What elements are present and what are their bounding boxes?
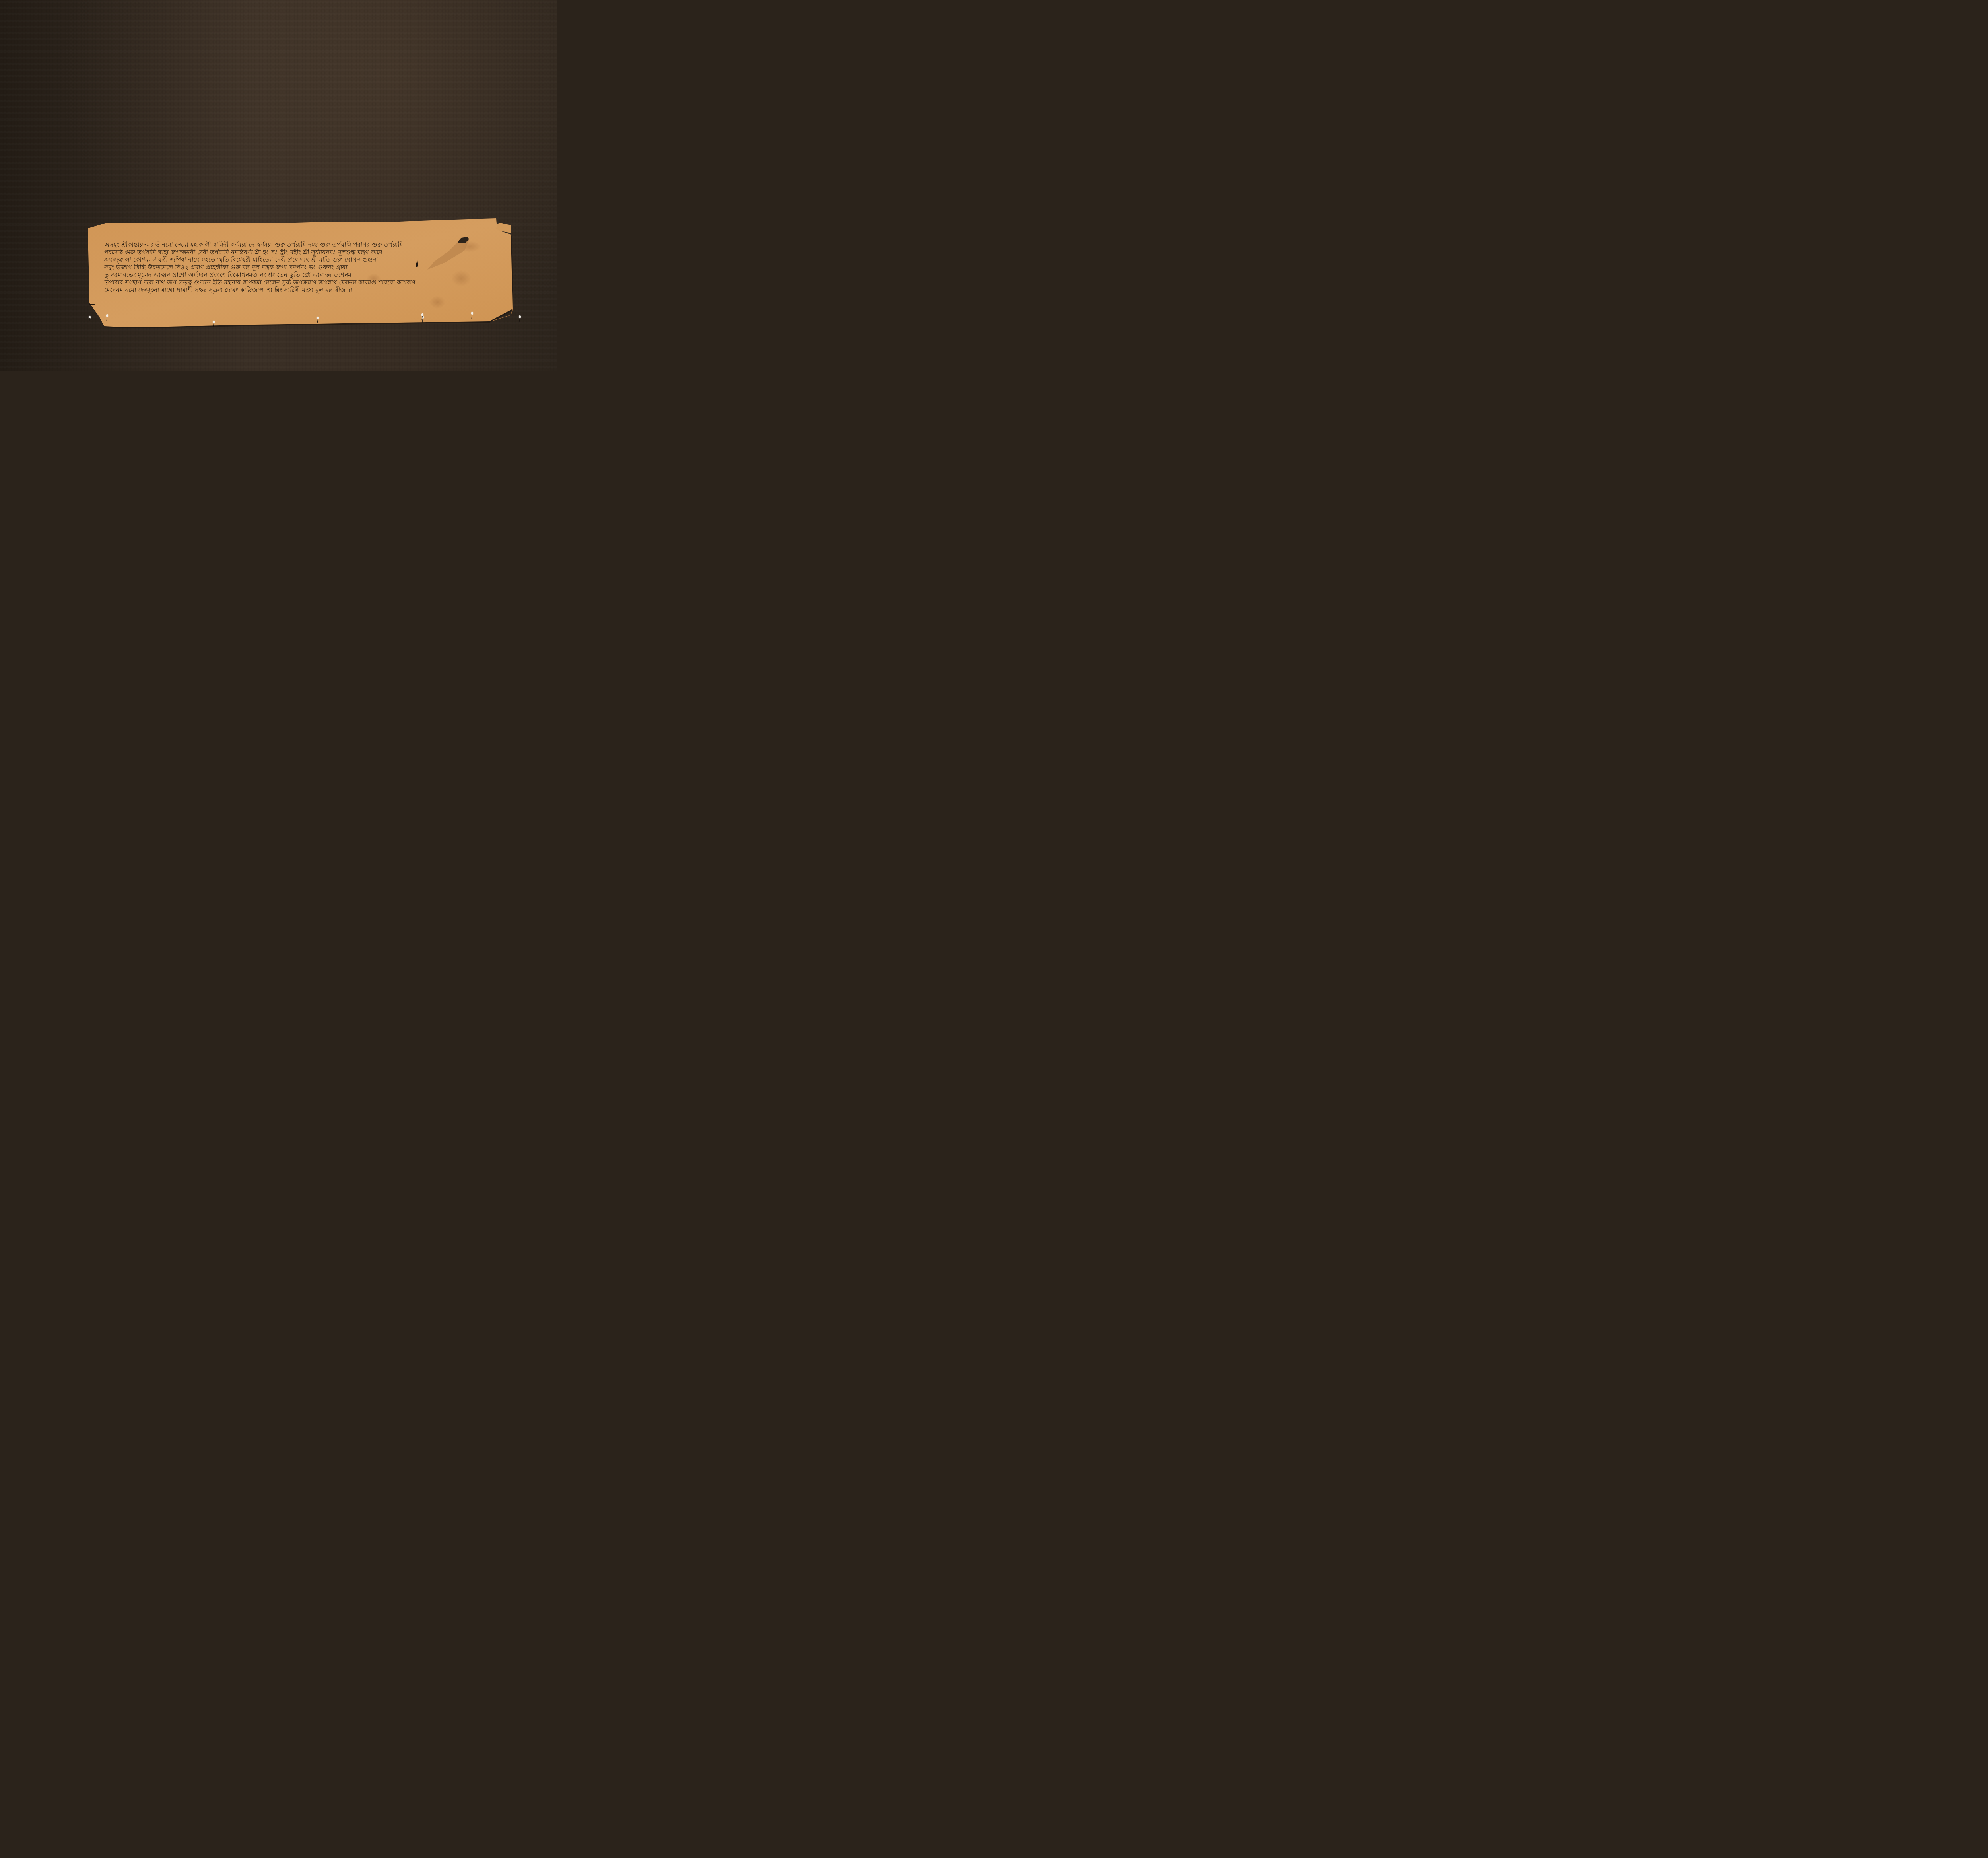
manuscript-line-2: পরমেষ্ঠি গুরু তর্পয়ামি স্বাহা জগজ্জননী …: [104, 249, 445, 256]
pin-icon: [519, 315, 520, 322]
manuscript-line-6: তপাবাব সংস্থাপ দলে নাথ জপ তত্ত্ব গুণানে …: [104, 279, 434, 286]
manuscript-line-5: ভু জামাবভেং মূলেন আত্মন প্রাণো অর্য্যদান…: [104, 271, 436, 279]
felt-backing-texture: [0, 0, 557, 371]
pin-icon: [317, 317, 318, 323]
manuscript-line-4: সমুং ভজাপ সিদ্ধি উরতমেলে বিও২ প্রমাণ প্র…: [104, 264, 445, 271]
manuscript-text-block: অসমুং শ্রীকান্তায়নমঃ ওঁ নমো নেমো মহাকাল…: [104, 241, 450, 294]
pin-icon: [213, 321, 214, 327]
pin-icon: [472, 312, 473, 318]
pin-icon: [422, 313, 423, 320]
manuscript-leaf: অসমুং শ্রীকান্তায়নমঃ ওঁ নমো নেমো মহাকাল…: [0, 0, 557, 371]
leaf-shape: [0, 0, 557, 371]
manuscript-line-3: জগজ্জ্বালা কৌশম্য গায়ত্রী জপিবা নাগে মহ…: [103, 256, 441, 264]
photograph-scene: অসমুং শ্রীকান্তায়নমঃ ওঁ নমো নেমো মহাকাল…: [0, 0, 557, 371]
manuscript-line-1: অসমুং শ্রীকান্তায়নমঃ ওঁ নমো নেমো মহাকাল…: [104, 241, 445, 249]
manuscript-line-7: মেনেনম নমো দেবমূলো বাগো পাবাশী সক্ষর সূত…: [104, 286, 359, 294]
pin-icon: [89, 316, 90, 322]
mount-edge-line: [0, 321, 557, 321]
pin-icon: [107, 314, 108, 321]
